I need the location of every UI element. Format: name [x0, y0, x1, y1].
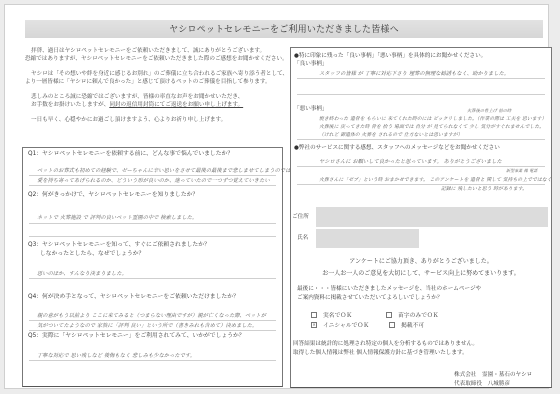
bad-points-answer-line2: 火葬後に 戻ってきた時 骨を 拾う 場面では 自分 が 見てられなくて 少し 気…: [319, 123, 544, 130]
answer-q1-line2: 愛を持ち寄ってあげられるのか、どういう形が良いのか、迷っていたので一つずつ覚えて…: [37, 177, 270, 184]
name-field-redacted: [316, 229, 419, 248]
option-label: イニシャルでＯＫ: [323, 323, 369, 329]
checkbox-checked[interactable]: ✕: [311, 322, 317, 328]
answer-q4-line1: 親の意がもう以前より ここに来てみると（つまらない理由ですが）親が亡くなった際、…: [37, 312, 266, 319]
intro-line: お手数をお掛けいたしますが、: [31, 102, 109, 108]
message-note: 新型事業 様 電話: [506, 168, 537, 174]
title-banner: ヤシロペットセレモニーをご利用いただきました皆様へ: [25, 20, 543, 38]
privacy-line2: 取得した個人情報は弊社 個人情報保護方針に基づき管理いたします。: [293, 348, 468, 356]
intro-line: ヤシロは「その想いや絆を身近に感じるお別れ」のご葬儀に立ち合われるご家族へ寄り添…: [25, 71, 288, 77]
answer-q2-line1: ネットで 火葬施設 で 評判の良いペット霊園の中で 検索しました。: [37, 214, 197, 221]
answer-rule: [29, 278, 276, 279]
privacy-line1: 回答結果は統計的に処理され特定の個人を分析するものではありません。: [293, 339, 478, 347]
option-initials[interactable]: ✕イニシャルでＯＫ: [311, 320, 369, 329]
answer-rule: [29, 236, 276, 237]
bad-points-note: 火葬後の骨上げ 前の時: [467, 108, 511, 114]
answer-rule: [297, 94, 545, 95]
option-no-publish[interactable]: 掲載不可: [389, 320, 424, 329]
survey-sheet: ヤシロペットセレモニーをご利用いただきました皆様へ 拝啓、過日はヤシロペットセレ…: [4, 4, 549, 389]
address-field-redacted: [316, 207, 548, 227]
option-label: 掲載不可: [401, 323, 424, 329]
company-name: 株式会社 霊園・墓石のヤシロ: [454, 370, 532, 378]
answer-rule: [29, 360, 276, 361]
answer-q4-line2: 気がついてたようなので 家族に「評判 良い」という所で（書きみれも含めて）決めま…: [37, 322, 257, 329]
representative-name: 代表取締役 八城勝彦: [454, 379, 510, 387]
answer-rule: [297, 78, 545, 79]
bad-points-answer-line3: （けれど 御遺体の 火葬を されるので 仕方ないとは思いますが）: [319, 131, 463, 138]
thanks-line1: アンケートにご協力頂き、ありがとうございました。: [291, 256, 551, 265]
publish-question-line2: ご案内資料に掲載させていただいてよろしいでしょうか？: [297, 293, 442, 301]
answer-rule: [29, 185, 276, 186]
intro-letter: 拝啓、過日はヤシロペットセレモニーをご依頼いただきまして、誠にありがとうございま…: [25, 47, 285, 130]
intro-line: 悲しみのところ誠に恐縮ではございますが、皆様の率直なお声をお聞かせいただき、: [31, 94, 243, 100]
checkbox[interactable]: [389, 322, 395, 328]
intro-paragraph-2: ヤシロは「その想いや絆を身近に感じるお別れ」のご葬儀に立ち合われるご家族へ寄り添…: [25, 70, 285, 86]
intro-line: 一日も早く、心穏やかにお過ごし頂けますよう、心よりお祈り申し上げます。: [31, 117, 226, 123]
good-points-label: 「良い事柄」: [294, 59, 328, 67]
questions-box: Q1：ヤシロペットセレモニーを依頼する前に、どんな事で悩んでいましたか？ ペット…: [22, 147, 283, 387]
name-label: 氏名: [297, 233, 308, 241]
answer-rule: [297, 166, 545, 167]
question-q1: Q1：ヤシロペットセレモニーを依頼する前に、どんな事で悩んでいましたか？: [28, 150, 233, 158]
bad-points-label: 「悪い事柄」: [294, 104, 328, 112]
impressions-prompt: ●特に印象に残った「良い事柄」「悪い事柄」を具体的にお聞かせください。: [294, 51, 486, 59]
address-label: ご住所: [292, 212, 309, 220]
option-real-name[interactable]: 実名でＯＫ: [311, 310, 352, 319]
question-q3-sub: しなかったとしたら、なぜでしょうか？: [40, 250, 144, 258]
answer-rule: [29, 223, 276, 224]
question-q5: Q5：実際に「ヤシロペットセレモニー」をご利用されてみて、いかがでしょうか？: [28, 332, 245, 340]
message-line3: 記録に 残したいと思う 時があります。: [441, 185, 527, 192]
intro-paragraph-1: 拝啓、過日はヤシロペットセレモニーをご依頼いただきまして、誠にありがとうございま…: [25, 47, 285, 63]
publish-question-line1: 最後に・・・皆様にいただきましたメッセージを、当社のホームページや: [297, 284, 481, 292]
answer-q5-line1: 丁寧な対応で 思い残しなど 後悔もなく 悲しみも少なかったです。: [37, 352, 195, 359]
question-q2: Q2：何がきっかけで、ヤシロペットセレモニーを知りましたか？: [28, 191, 198, 199]
option-label: 苗字のみでＯＫ: [398, 313, 439, 319]
return-envelope-note: 同封の返信用封筒にてご返送をお願い申し上げます。: [109, 102, 243, 108]
answer-rule: [29, 330, 276, 331]
intro-line: 拝啓、過日はヤシロペットセレモニーをご依頼いただきまして、誠にありがとうございま…: [25, 48, 265, 54]
intro-line: 恐縮ではありますが、ヤシロペットセレモニーをご依頼いただきました際のご感想をお聞…: [25, 56, 288, 62]
message-line1: ヤシロさんに お願いして良かったと思っています。 ありがとうございました: [319, 158, 502, 165]
question-q3: Q3：ヤシロペットセレモニーを知って、すぐにご依頼されましたか？: [28, 241, 210, 249]
feedback-box: ●特に印象に残った「良い事柄」「悪い事柄」を具体的にお聞かせください。 「良い事…: [290, 47, 552, 388]
intro-paragraph-3: 悲しみのところ誠に恐縮ではございますが、皆様の率直なお声をお聞かせいただき、 お…: [25, 93, 285, 109]
bad-points-answer-line1: 焼き終わった 遺骨を もらいに 来てくれた時のには ビックリしました。（作業の際…: [319, 115, 546, 122]
intro-line: より一層皆様に「ヤシロに頼んで良かった」と感じて頂けるペットのご葬儀を目指して参…: [25, 79, 271, 85]
intro-paragraph-4: 一日も早く、心穏やかにお過ごし頂けますよう、心よりお祈り申し上げます。: [25, 116, 285, 124]
message-line2: 火葬さんに「ゼブ」という時 おまかせできます。 このアンケートを 遺骨と 関して…: [319, 176, 552, 183]
checkbox[interactable]: [311, 312, 317, 318]
answer-rule: [29, 320, 276, 321]
page-title: ヤシロペットセレモニーをご利用いただきました皆様へ: [25, 22, 543, 35]
message-prompt: ●弊社のサービスに関する感想、スタッフへのメッセージなどをお聞かせください: [294, 143, 500, 151]
checkbox[interactable]: [386, 312, 392, 318]
good-points-answer: スタッフの皆様 が 丁寧に対応下さり 埋葬の無理な勧誘もなく、助かりました。: [319, 70, 509, 77]
thanks-line2: お一人お一人のご意見を大切にして、サービス向上に努めてまいります。: [291, 268, 551, 277]
option-surname-only[interactable]: 苗字のみでＯＫ: [386, 310, 439, 319]
answer-rule: [297, 139, 545, 140]
question-q4: Q4：何が決め手となって、ヤシロペットセレモニーをご依頼いただけましたか？: [28, 293, 239, 301]
answer-q3-line1: 思いのほか、すんなり決まりました。: [37, 270, 127, 277]
answer-q1-line1: ペットのお葬式も初めての経験で、ゼーちゃんに辛い思いをさせて最後の最後まで悲しま…: [37, 167, 312, 174]
option-label: 実名でＯＫ: [323, 313, 352, 319]
answer-rule: [29, 175, 276, 176]
